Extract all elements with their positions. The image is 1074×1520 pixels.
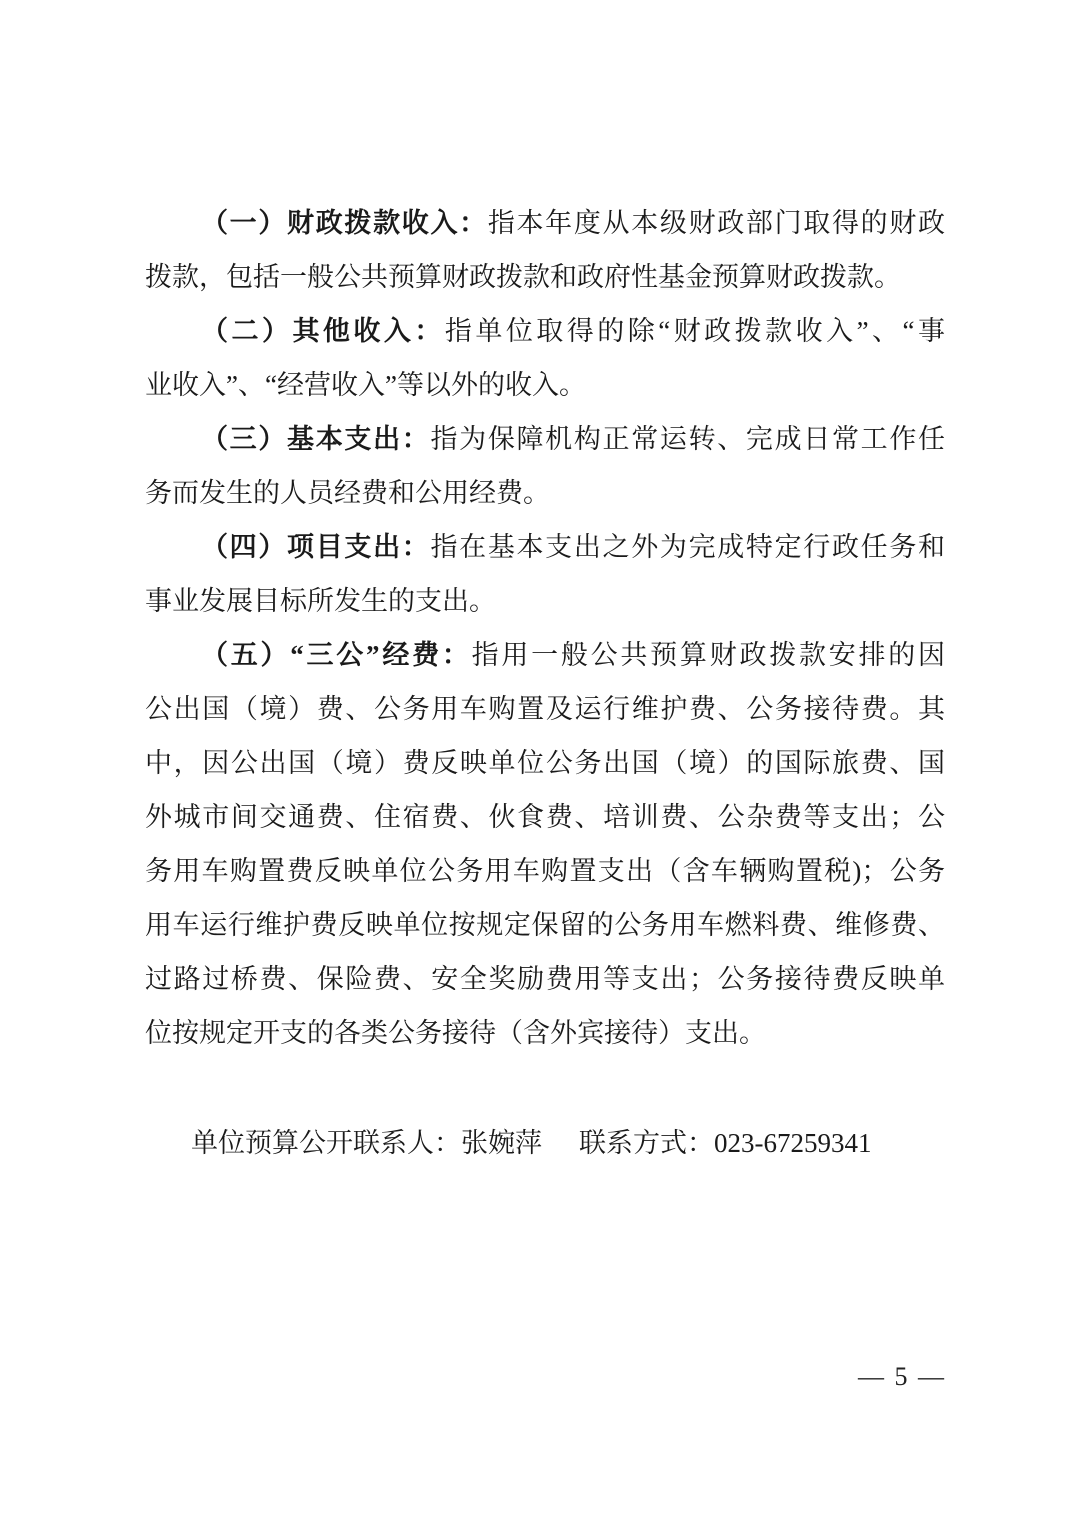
paragraph-text: 公出国（境）费、公务用车购置及运行维护费、公务接待费。其 [145, 694, 945, 724]
text-line: 拨款，包括一般公共预算财政拨款和政府性基金预算财政拨款。 [145, 250, 945, 304]
paragraph: （一）财政拨款收入：指本年度从本级财政部门取得的财政拨款，包括一般公共预算财政拨… [145, 196, 945, 304]
phone-label: 联系方式： [579, 1128, 714, 1158]
paragraph-text: 指单位取得的除“财政拨款收入”、“事 [445, 316, 945, 346]
phone-number: 023-67259341 [714, 1128, 872, 1158]
paragraph-text: 中，因公出国（境）费反映单位公务出国（境）的国际旅费、国 [145, 748, 945, 778]
paragraph-text: 外城市间交通费、住宿费、伙食费、培训费、公杂费等支出；公 [145, 802, 945, 832]
text-line: 公出国（境）费、公务用车购置及运行维护费、公务接待费。其 [145, 682, 945, 736]
text-line: 位按规定开支的各类公务接待（含外宾接待）支出。 [145, 1006, 945, 1060]
paragraph: （二）其他收入：指单位取得的除“财政拨款收入”、“事业收入”、“经营收入”等以外… [145, 304, 945, 412]
text-line: 务而发生的人员经费和公用经费。 [145, 466, 945, 520]
paragraph-label: （三）基本支出： [201, 424, 430, 454]
paragraph-text: 用车运行维护费反映单位按规定保留的公务用车燃料费、维修费、 [145, 910, 945, 940]
paragraph-text: 指本年度从本级财政部门取得的财政 [488, 208, 945, 238]
paragraph: （四）项目支出：指在基本支出之外为完成特定行政任务和事业发展目标所发生的支出。 [145, 520, 945, 628]
text-line: 用车运行维护费反映单位按规定保留的公务用车燃料费、维修费、 [145, 898, 945, 952]
phone-block: 联系方式：023-67259341 [579, 1128, 872, 1158]
page-number: — 5 — [858, 1360, 946, 1394]
paragraph-text: 事业发展目标所发生的支出。 [145, 586, 496, 616]
text-line: （三）基本支出：指为保障机构正常运转、完成日常工作任 [145, 412, 945, 466]
paragraph-label: （四）项目支出： [201, 532, 430, 562]
paragraph-text: 务用车购置费反映单位公务用车购置支出（含车辆购置税)；公务 [145, 856, 945, 886]
contact-name: 张婉萍 [461, 1128, 542, 1158]
text-line: 业收入”、“经营收入”等以外的收入。 [145, 358, 945, 412]
paragraph-text: 指为保障机构正常运转、完成日常工作任 [430, 424, 945, 454]
text-line: 务用车购置费反映单位公务用车购置支出（含车辆购置税)；公务 [145, 844, 945, 898]
paragraph-text: 过路过桥费、保险费、安全奖励费用等支出；公务接待费反映单 [145, 964, 945, 994]
text-line: （五）“三公”经费：指用一般公共预算财政拨款安排的因 [145, 628, 945, 682]
paragraph-text: 指用一般公共预算财政拨款安排的因 [472, 640, 945, 670]
paragraph-label: （一）财政拨款收入： [201, 208, 488, 238]
paragraph-text: 拨款，包括一般公共预算财政拨款和政府性基金预算财政拨款。 [145, 262, 901, 292]
paragraph-text: 位按规定开支的各类公务接待（含外宾接待）支出。 [145, 1018, 766, 1048]
document-page: （一）财政拨款收入：指本年度从本级财政部门取得的财政拨款，包括一般公共预算财政拨… [0, 0, 1074, 1520]
text-line: 事业发展目标所发生的支出。 [145, 574, 945, 628]
text-line: 中，因公出国（境）费反映单位公务出国（境）的国际旅费、国 [145, 736, 945, 790]
text-line: （一）财政拨款收入：指本年度从本级财政部门取得的财政 [145, 196, 945, 250]
text-line: （四）项目支出：指在基本支出之外为完成特定行政任务和 [145, 520, 945, 574]
paragraph-text: 指在基本支出之外为完成特定行政任务和 [430, 532, 945, 562]
contact-label: 单位预算公开联系人： [191, 1128, 461, 1158]
paragraph-text: 务而发生的人员经费和公用经费。 [145, 478, 550, 508]
paragraph-label: （五）“三公”经费： [201, 640, 472, 670]
text-line: （二）其他收入：指单位取得的除“财政拨款收入”、“事 [145, 304, 945, 358]
document-body: （一）财政拨款收入：指本年度从本级财政部门取得的财政拨款，包括一般公共预算财政拨… [145, 196, 945, 1060]
paragraph: （三）基本支出：指为保障机构正常运转、完成日常工作任务而发生的人员经费和公用经费… [145, 412, 945, 520]
text-line: 过路过桥费、保险费、安全奖励费用等支出；公务接待费反映单 [145, 952, 945, 1006]
text-line: 外城市间交通费、住宿费、伙食费、培训费、公杂费等支出；公 [145, 790, 945, 844]
paragraph-text: 业收入”、“经营收入”等以外的收入。 [145, 370, 586, 400]
paragraph: （五）“三公”经费：指用一般公共预算财政拨款安排的因公出国（境）费、公务用车购置… [145, 628, 945, 1060]
paragraph-label: （二）其他收入： [201, 316, 445, 346]
contact-line: 单位预算公开联系人：张婉萍联系方式：023-67259341 [145, 1116, 945, 1170]
